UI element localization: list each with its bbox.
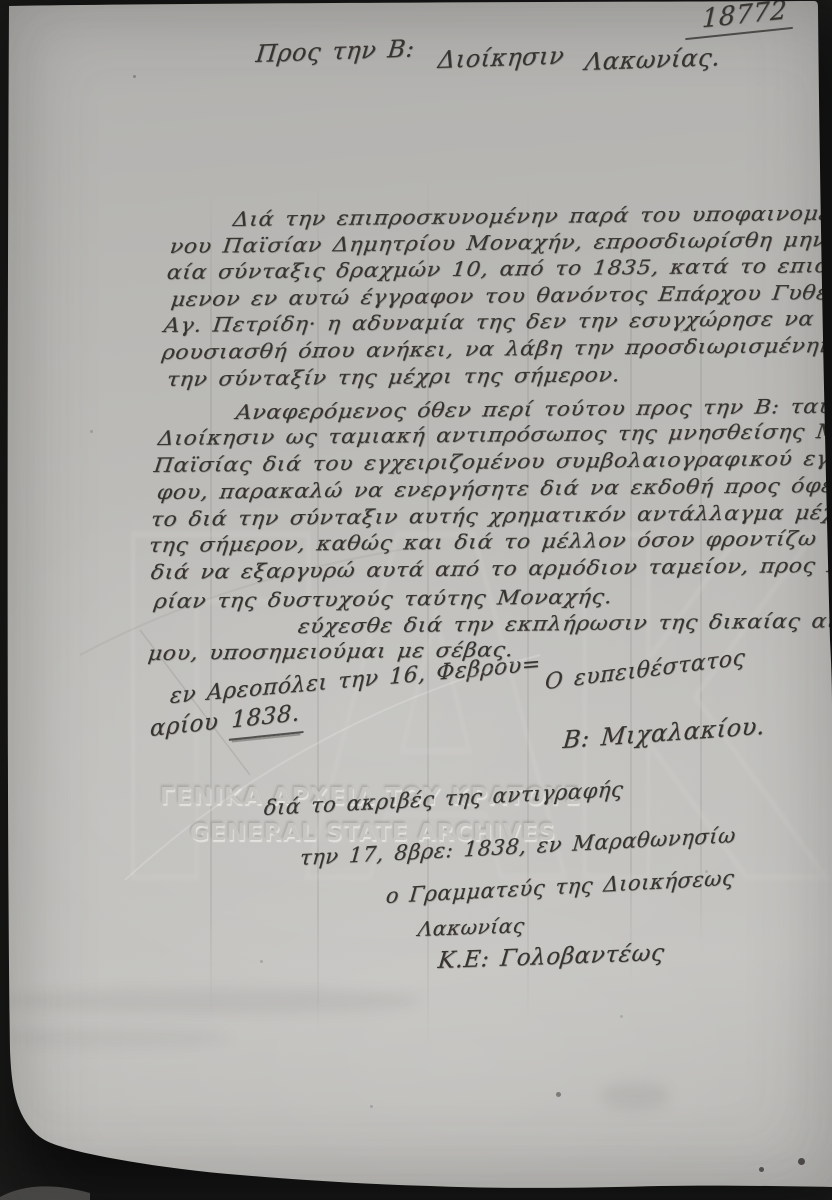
scanned-document-page: ΓΑΚ ΓΕΝΙΚΑ ΑΡΧΕΙΑ ΤΟΥ ΚΡΑΤΟΥΣ GENERAL ST… (0, 0, 832, 1200)
scan-vignette (0, 0, 832, 1200)
